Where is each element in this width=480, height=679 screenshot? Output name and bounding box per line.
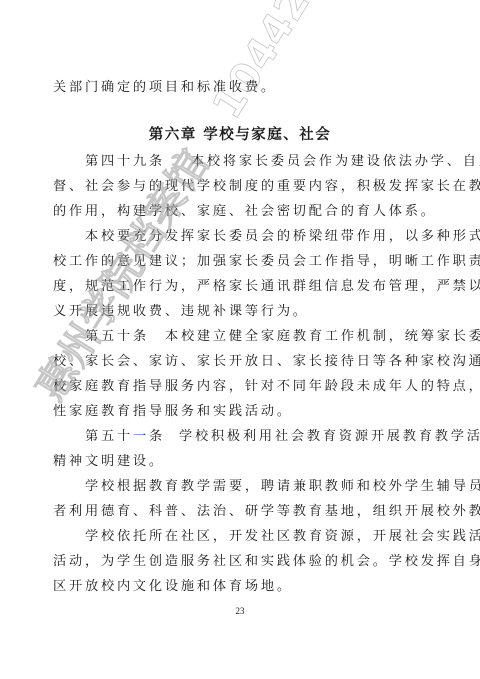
text-line: 本校将家长委员会作为建设依法办学、自主管理、民主监 (191, 154, 480, 169)
text-line: 区开放校内文化设施和体育场地。 (53, 574, 438, 599)
text-line: 督、社会参与的现代学校制度的重要内容，积极发挥家长在教育改革发展中 (53, 174, 438, 199)
article-49-line-1: 第四十九条本校将家长委员会作为建设依法办学、自主管理、民主监 (53, 149, 438, 174)
carryover-paragraph: 关部门确定的项目和标准收费。 (53, 75, 438, 100)
text-line: 本校要充分发挥家长委员会的桥梁纽带作用，以多种形式听取家长对学 (53, 224, 438, 249)
text-line: 校工作的意见建议；加强家长委员会工作指导，明晰工作职责，完善工作制 (53, 249, 438, 274)
text-line: 校家庭教育指导服务内容，针对不同年龄段未成年人的特点，定期组织公益 (53, 374, 438, 399)
article-label: 第五十一条 (85, 429, 165, 444)
article-50-line-1: 第五十条本校建立健全家庭教育工作机制，统筹家长委员会、家长学 (53, 324, 438, 349)
text-line: 学校根据教育教学需要，聘请兼职教师和校外学生辅导员。学校建立或 (53, 474, 438, 499)
label-part: 第五十 (85, 429, 133, 444)
text-line: 者利用德育、科普、法治、研学等教育基地，组织开展校外教育活动。 (53, 499, 438, 524)
text-line: 关部门确定的项目和标准收费。 (53, 75, 438, 100)
text-line: 学校依托所在社区，开发社区教育资源，开展社会实践活动和社会公益 (53, 524, 438, 549)
text-line: 义开展违规收费、违规补课等行为。 (53, 299, 438, 324)
text-line: 学校积极利用社会教育资源开展教育教学活动，参与社区 (179, 429, 480, 444)
body-text: 第四十九条本校将家长委员会作为建设依法办学、自主管理、民主监 督、社会参与的现代… (53, 149, 438, 599)
chapter-heading: 第六章 学校与家庭、社会 (0, 123, 480, 144)
document-page: 关部门确定的项目和标准收费。 第六章 学校与家庭、社会 第四十九条本校将家长委员… (0, 0, 480, 679)
article-label: 第四十九条 (85, 154, 165, 169)
article-51-line-1: 第五十一条学校积极利用社会教育资源开展教育教学活动，参与社区 (53, 424, 438, 449)
text-line: 的作用，构建学校、家庭、社会密切配合的育人体系。 (53, 199, 438, 224)
page-number: 23 (0, 606, 480, 616)
text-line: 度，规范工作行为，严格家长通讯群组信息发布管理，严禁以家长委员会名 (53, 274, 438, 299)
label-part: 条 (149, 429, 165, 444)
text-line: 本校建立健全家庭教育工作机制，统筹家长委员会、家长学 (165, 329, 480, 344)
text-line: 精神文明建设。 (53, 449, 438, 474)
text-line: 性家庭教育指导服务和实践活动。 (53, 399, 438, 424)
highlighted-char: 一 (133, 429, 149, 444)
text-line: 校、家长会、家访、家长开放日、家长接待日等各种家校沟通渠道，丰富学 (53, 349, 438, 374)
article-label: 第五十条 (85, 329, 149, 344)
text-line: 活动，为学生创造服务社区和实践体验的机会。学校发挥自身优势，配合社 (53, 549, 438, 574)
